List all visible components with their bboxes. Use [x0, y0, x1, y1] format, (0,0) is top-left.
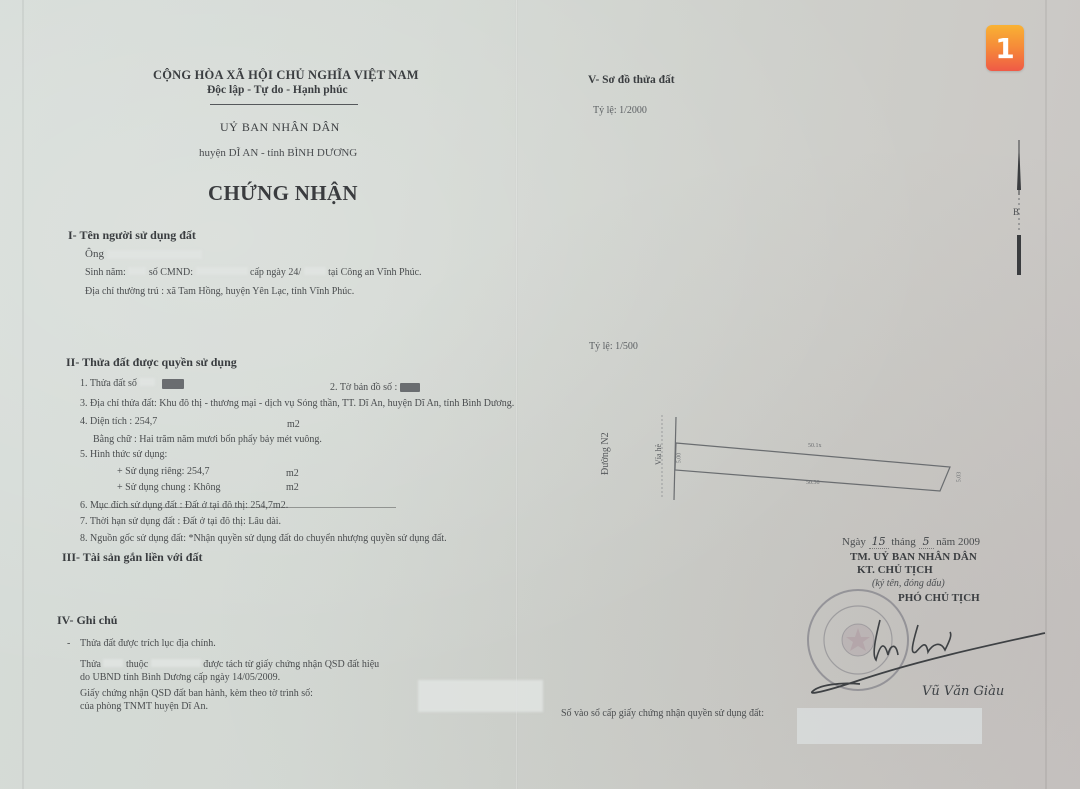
- birth-year-label: Sinh năm:: [85, 267, 126, 278]
- north-arrow-label: B: [1013, 207, 1019, 217]
- shared-use: + Sử dụng chung : Không: [117, 482, 221, 493]
- paper-fold-left: [22, 0, 24, 789]
- redacted-note-block: [418, 680, 543, 712]
- private-use-unit: m2: [286, 468, 299, 479]
- birth-id-line: Sinh năm: số CMND: cấp ngày 24/ tại Công…: [85, 267, 422, 278]
- registry-label: Số vào sổ cấp giấy chứng nhận quyền sử d…: [561, 708, 764, 719]
- scale-overview: Tỷ lệ: 1/2000: [593, 105, 647, 116]
- redacted-note-parcel: [103, 659, 123, 667]
- top-length-label: 50.1x: [808, 443, 822, 449]
- parcel-diagram: [590, 405, 980, 515]
- note-belongs-label: thuộc: [126, 659, 148, 670]
- date-month: 5: [919, 535, 934, 549]
- note-extract: Thửa đất được trích lục địa chính.: [80, 638, 216, 649]
- date-year: năm 2009: [936, 536, 980, 548]
- redacted-issue-date: [304, 267, 326, 275]
- parcel-address: 3. Địa chỉ thửa đất: Khu đô thị - thương…: [80, 398, 514, 409]
- image-index-badge: 1: [986, 25, 1024, 71]
- bottom-length-label: 50.36: [806, 480, 820, 486]
- section-4-heading: IV- Ghi chú: [57, 613, 117, 628]
- area: 4. Diện tích : 254,7: [80, 416, 157, 427]
- redacted-map-sheet: [400, 383, 420, 392]
- note-issued-by: do UBND tỉnh Bình Dương cấp ngày 14/05/2…: [80, 672, 280, 683]
- area-in-words: Bằng chữ : Hai trăm năm mươi bốn phẩy bả…: [93, 434, 322, 445]
- section-3-heading: III- Tài sản gắn liền với đất: [62, 550, 202, 565]
- permanent-address: Địa chỉ thường trú : xã Tam Hồng, huyện …: [85, 286, 354, 297]
- national-motto: Độc lập - Tự do - Hạnh phúc: [207, 84, 348, 96]
- private-use: + Sử dụng riêng: 254,7: [117, 466, 209, 477]
- note-certificate: Giấy chứng nhận QSD đất ban hành, kèm th…: [80, 688, 313, 699]
- id-number-label: số CMND:: [149, 267, 193, 278]
- note-parcel-label: Thửa: [80, 659, 101, 670]
- redacted-note-area: [151, 659, 201, 667]
- redacted-parcel-number: [139, 378, 155, 386]
- section-2-heading: II- Thửa đất được quyền sử dụng: [66, 355, 237, 370]
- date-day-label: Ngày: [842, 536, 866, 548]
- usage-form: 5. Hình thức sử dụng:: [80, 449, 167, 460]
- front-width-label: 5.00: [676, 453, 682, 464]
- map-sheet-label: 2. Tờ bản đồ số :: [330, 382, 397, 393]
- land-use-purpose: 6. Mục đích sử dụng đất : Đất ở tại đô t…: [80, 500, 288, 511]
- back-width-label: 5.03: [956, 472, 962, 483]
- shared-use-unit: m2: [286, 482, 299, 493]
- date-month-label: tháng: [891, 536, 915, 548]
- issued-by: tại Công an Vĩnh Phúc.: [328, 267, 421, 278]
- land-origin: 8. Nguồn gốc sử dụng đất: *Nhận quyền sử…: [80, 533, 447, 544]
- redacted-parcel-box: [162, 379, 184, 389]
- usage-term: 7. Thời hạn sử dụng đất : Đất ở tại đô t…: [80, 516, 281, 527]
- motto-underline: [210, 104, 358, 105]
- signing-authority: TM. UỶ BAN NHÂN DÂN: [850, 551, 977, 563]
- signing-date: Ngày 15 tháng 5 năm 2009: [842, 535, 980, 548]
- issue-date-label: cấp ngày 24/: [250, 267, 301, 278]
- redacted-owner-name: [107, 250, 202, 259]
- note-split-origin: Thửa thuộc được tách từ giấy chứng nhận …: [80, 659, 379, 670]
- signing-on-behalf: KT. CHỦ TỊCH: [857, 564, 933, 576]
- parcel-number: 1. Thửa đất số: [80, 378, 184, 389]
- purpose-strike-line: [96, 507, 396, 508]
- issuing-committee: UỶ BAN NHÂN DÂN: [220, 120, 340, 135]
- redacted-birth-year: [128, 267, 146, 275]
- section-1-heading: I- Tên người sử dụng đất: [68, 228, 196, 243]
- section-5-heading: V- Sơ đồ thửa đất: [588, 74, 675, 86]
- paper-center-fold: [515, 0, 518, 789]
- owner-name-line: Ông: [85, 248, 202, 260]
- note-split-text: được tách từ giấy chứng nhận QSD đất hiệ…: [203, 659, 379, 670]
- date-day: 15: [869, 535, 889, 549]
- parcel-number-label: 1. Thửa đất số: [80, 378, 137, 389]
- note-department: của phòng TNMT huyện Dĩ An.: [80, 701, 208, 712]
- signer-name: Vũ Văn Giàu: [922, 684, 1004, 699]
- map-sheet-number: 2. Tờ bản đồ số :: [330, 382, 420, 393]
- redacted-id-number: [196, 267, 248, 275]
- note-bullet: -: [67, 638, 70, 649]
- issuing-district: huyện DĨ AN - tỉnh BÌNH DƯƠNG: [199, 147, 357, 159]
- scale-plot: Tỷ lệ: 1/500: [589, 341, 638, 352]
- nation-heading: CỘNG HÒA XÃ HỘI CHỦ NGHĨA VIỆT NAM: [153, 68, 419, 83]
- redacted-registry-number: [797, 708, 982, 744]
- owner-prefix: Ông: [85, 248, 104, 260]
- area-unit: m2: [287, 419, 300, 430]
- document-title: CHỨNG NHẬN: [208, 181, 358, 206]
